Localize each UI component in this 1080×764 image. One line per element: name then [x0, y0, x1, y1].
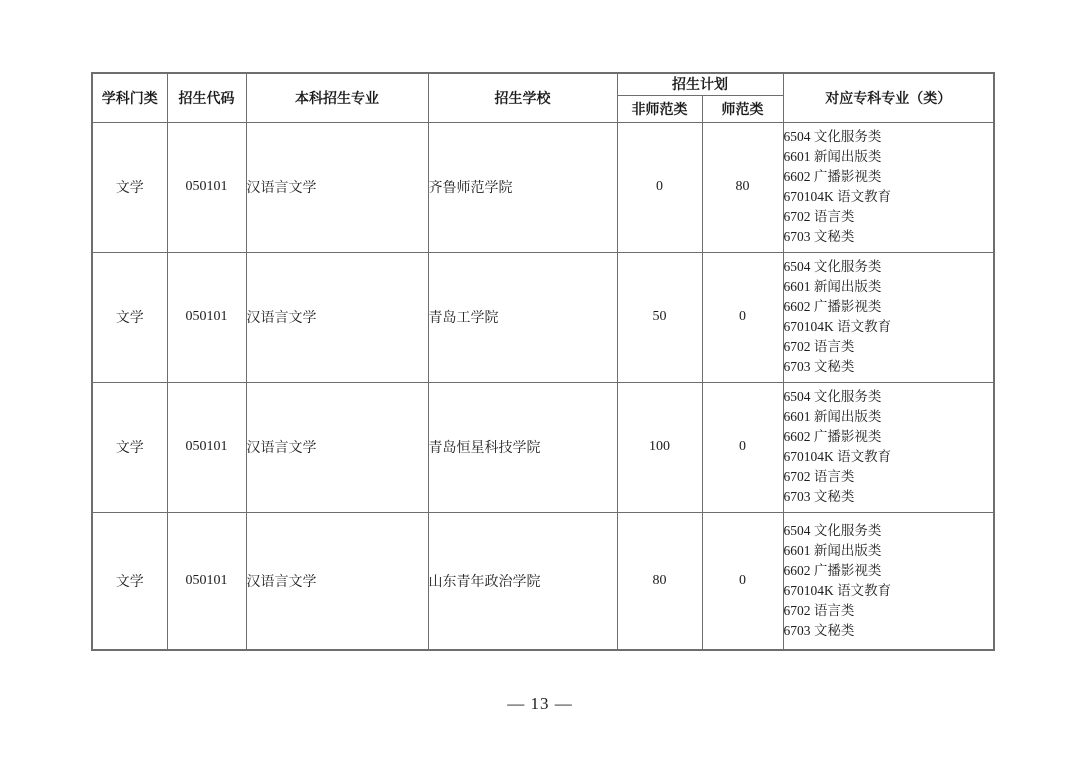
vocational-item: 6702 语言类 [784, 601, 994, 621]
vocational-item: 6703 文秘类 [784, 621, 994, 641]
admission-plan-table: 学科门类 招生代码 本科招生专业 招生学校 招生计划 对应专科专业（类） 非师范… [91, 72, 995, 651]
table-row: 文学 050101 汉语言文学 山东青年政治学院 80 0 6504 文化服务类… [92, 512, 994, 650]
cell-major: 汉语言文学 [246, 122, 428, 252]
vocational-item: 6703 文秘类 [784, 357, 994, 377]
cell-plan-normal: 80 [702, 122, 783, 252]
cell-code: 050101 [167, 382, 246, 512]
cell-major: 汉语言文学 [246, 252, 428, 382]
header-plan-group: 招生计划 [617, 73, 783, 95]
cell-code: 050101 [167, 122, 246, 252]
header-code: 招生代码 [167, 73, 246, 122]
cell-major: 汉语言文学 [246, 382, 428, 512]
vocational-item: 6601 新闻出版类 [784, 277, 994, 297]
vocational-item: 6504 文化服务类 [784, 387, 994, 407]
vocational-item: 6703 文秘类 [784, 487, 994, 507]
cell-plan-non-normal: 80 [617, 512, 702, 650]
cell-school: 山东青年政治学院 [428, 512, 617, 650]
document-page: 学科门类 招生代码 本科招生专业 招生学校 招生计划 对应专科专业（类） 非师范… [0, 0, 1080, 764]
vocational-item: 6702 语言类 [784, 467, 994, 487]
cell-school: 齐鲁师范学院 [428, 122, 617, 252]
vocational-item: 6504 文化服务类 [784, 257, 994, 277]
vocational-item: 6602 广播影视类 [784, 167, 994, 187]
vocational-item: 670104K 语文教育 [784, 447, 994, 467]
cell-plan-non-normal: 50 [617, 252, 702, 382]
table-row: 文学 050101 汉语言文学 青岛工学院 50 0 6504 文化服务类 66… [92, 252, 994, 382]
vocational-item: 6504 文化服务类 [784, 521, 994, 541]
cell-category: 文学 [92, 122, 167, 252]
vocational-item: 670104K 语文教育 [784, 187, 994, 207]
vocational-item: 6601 新闻出版类 [784, 541, 994, 561]
header-plan-normal: 师范类 [702, 95, 783, 122]
header-row-top: 学科门类 招生代码 本科招生专业 招生学校 招生计划 对应专科专业（类） [92, 73, 994, 95]
cell-vocational-list: 6504 文化服务类 6601 新闻出版类 6602 广播影视类 670104K… [783, 512, 994, 650]
vocational-item: 6602 广播影视类 [784, 427, 994, 447]
cell-category: 文学 [92, 382, 167, 512]
cell-school: 青岛工学院 [428, 252, 617, 382]
cell-vocational-list: 6504 文化服务类 6601 新闻出版类 6602 广播影视类 670104K… [783, 252, 994, 382]
cell-vocational-list: 6504 文化服务类 6601 新闻出版类 6602 广播影视类 670104K… [783, 122, 994, 252]
cell-vocational-list: 6504 文化服务类 6601 新闻出版类 6602 广播影视类 670104K… [783, 382, 994, 512]
cell-school: 青岛恒星科技学院 [428, 382, 617, 512]
vocational-item: 6602 广播影视类 [784, 297, 994, 317]
cell-plan-normal: 0 [702, 512, 783, 650]
page-number: — 13 — [0, 694, 1080, 714]
cell-plan-normal: 0 [702, 252, 783, 382]
cell-major: 汉语言文学 [246, 512, 428, 650]
vocational-item: 670104K 语文教育 [784, 317, 994, 337]
header-major: 本科招生专业 [246, 73, 428, 122]
cell-category: 文学 [92, 512, 167, 650]
header-school: 招生学校 [428, 73, 617, 122]
cell-category: 文学 [92, 252, 167, 382]
header-plan-non-normal: 非师范类 [617, 95, 702, 122]
vocational-item: 6504 文化服务类 [784, 127, 994, 147]
vocational-item: 6602 广播影视类 [784, 561, 994, 581]
vocational-item: 6702 语言类 [784, 337, 994, 357]
cell-code: 050101 [167, 252, 246, 382]
header-category: 学科门类 [92, 73, 167, 122]
vocational-item: 670104K 语文教育 [784, 581, 994, 601]
header-vocational: 对应专科专业（类） [783, 73, 994, 122]
table-row: 文学 050101 汉语言文学 青岛恒星科技学院 100 0 6504 文化服务… [92, 382, 994, 512]
cell-code: 050101 [167, 512, 246, 650]
vocational-item: 6702 语言类 [784, 207, 994, 227]
vocational-item: 6601 新闻出版类 [784, 147, 994, 167]
vocational-item: 6601 新闻出版类 [784, 407, 994, 427]
cell-plan-non-normal: 100 [617, 382, 702, 512]
cell-plan-normal: 0 [702, 382, 783, 512]
vocational-item: 6703 文秘类 [784, 227, 994, 247]
cell-plan-non-normal: 0 [617, 122, 702, 252]
table-row: 文学 050101 汉语言文学 齐鲁师范学院 0 80 6504 文化服务类 6… [92, 122, 994, 252]
